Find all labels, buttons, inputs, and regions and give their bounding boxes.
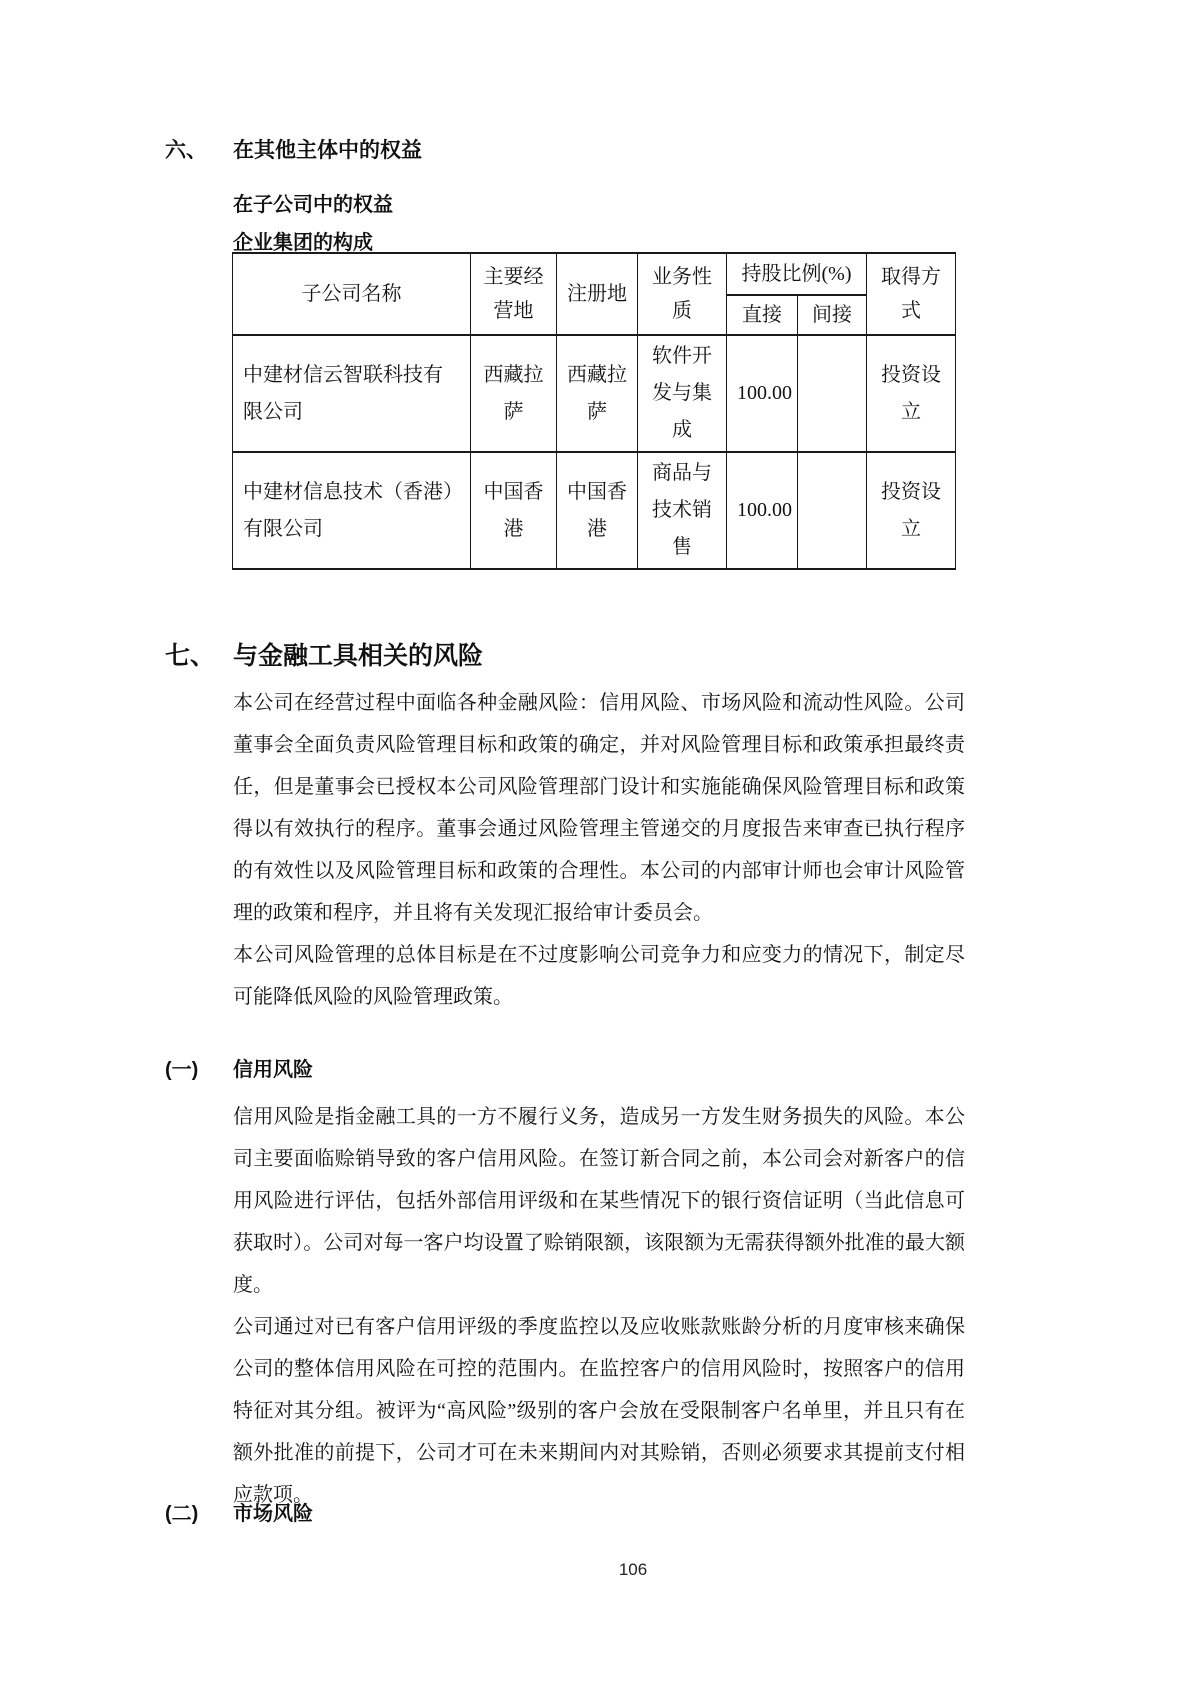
credit-risk-heading: (一) 信用风险 — [165, 1056, 313, 1084]
col-header-direct: 直接 — [727, 295, 798, 335]
section6-number: 六、 — [165, 138, 233, 164]
cell-indirect-ratio — [798, 452, 867, 569]
col-header-place-of-registration: 注册地 — [557, 253, 638, 335]
col-header-place-of-business: 主要经营地 — [471, 253, 557, 335]
section6-heading: 六、 在其他主体中的权益 — [165, 138, 422, 164]
credit-risk-title: 信用风险 — [233, 1056, 313, 1084]
credit-risk-paragraph-2: 公司通过对已有客户信用评级的季度监控以及应收账款账龄分析的月度审核来确保公司的整… — [233, 1306, 965, 1516]
table-row: 中建材信云智联科技有限公司 西藏拉萨 西藏拉萨 软件开发与集成 100.00 投… — [233, 335, 956, 452]
page-number: 106 — [0, 1560, 1200, 1580]
section7-heading: 七、 与金融工具相关的风险 — [165, 640, 483, 672]
market-risk-heading: (二) 市场风险 — [165, 1500, 313, 1528]
cell-acquisition-method: 投资设立 — [867, 452, 956, 569]
col-header-business-nature: 业务性质 — [638, 253, 727, 335]
section7-title: 与金融工具相关的风险 — [233, 640, 483, 672]
cell-subsidiary-name: 中建材信云智联科技有限公司 — [233, 335, 471, 452]
credit-risk-paragraph-1: 信用风险是指金融工具的一方不履行义务，造成另一方发生财务损失的风险。本公司主要面… — [233, 1096, 965, 1306]
document-page: 六、 在其他主体中的权益 在子公司中的权益 企业集团的构成 子公司名称 主要经营… — [0, 0, 1200, 1696]
section7-paragraph-2: 本公司风险管理的总体目标是在不过度影响公司竞争力和应变力的情况下，制定尽可能降低… — [233, 934, 965, 1018]
section7-number: 七、 — [165, 640, 233, 672]
cell-place-of-business: 西藏拉萨 — [471, 335, 557, 452]
market-risk-number: (二) — [165, 1500, 233, 1528]
cell-direct-ratio: 100.00 — [727, 335, 798, 452]
subsidiaries-table: 子公司名称 主要经营地 注册地 业务性质 持股比例(%) 取得方式 直接 间接 … — [232, 252, 956, 570]
cell-place-of-registration: 中国香港 — [557, 452, 638, 569]
section6-subheading-subsidiaries: 在子公司中的权益 — [233, 192, 393, 218]
cell-direct-ratio: 100.00 — [727, 452, 798, 569]
col-header-shareholding-ratio: 持股比例(%) — [727, 253, 867, 295]
credit-risk-body: 信用风险是指金融工具的一方不履行义务，造成另一方发生财务损失的风险。本公司主要面… — [233, 1096, 965, 1516]
cell-subsidiary-name: 中建材信息技术（香港）有限公司 — [233, 452, 471, 569]
col-header-indirect: 间接 — [798, 295, 867, 335]
cell-business-nature: 商品与技术销售 — [638, 452, 727, 569]
market-risk-title: 市场风险 — [233, 1500, 313, 1528]
cell-indirect-ratio — [798, 335, 867, 452]
cell-acquisition-method: 投资设立 — [867, 335, 956, 452]
section7-paragraph-1: 本公司在经营过程中面临各种金融风险：信用风险、市场风险和流动性风险。公司董事会全… — [233, 682, 965, 934]
section6-title: 在其他主体中的权益 — [233, 138, 422, 164]
cell-business-nature: 软件开发与集成 — [638, 335, 727, 452]
cell-place-of-registration: 西藏拉萨 — [557, 335, 638, 452]
section7-body: 本公司在经营过程中面临各种金融风险：信用风险、市场风险和流动性风险。公司董事会全… — [233, 682, 965, 1018]
table-header-row-1: 子公司名称 主要经营地 注册地 业务性质 持股比例(%) 取得方式 — [233, 253, 956, 295]
cell-place-of-business: 中国香港 — [471, 452, 557, 569]
credit-risk-number: (一) — [165, 1056, 233, 1084]
col-header-acquisition-method: 取得方式 — [867, 253, 956, 335]
table-row: 中建材信息技术（香港）有限公司 中国香港 中国香港 商品与技术销售 100.00… — [233, 452, 956, 569]
col-header-subsidiary-name: 子公司名称 — [233, 253, 471, 335]
